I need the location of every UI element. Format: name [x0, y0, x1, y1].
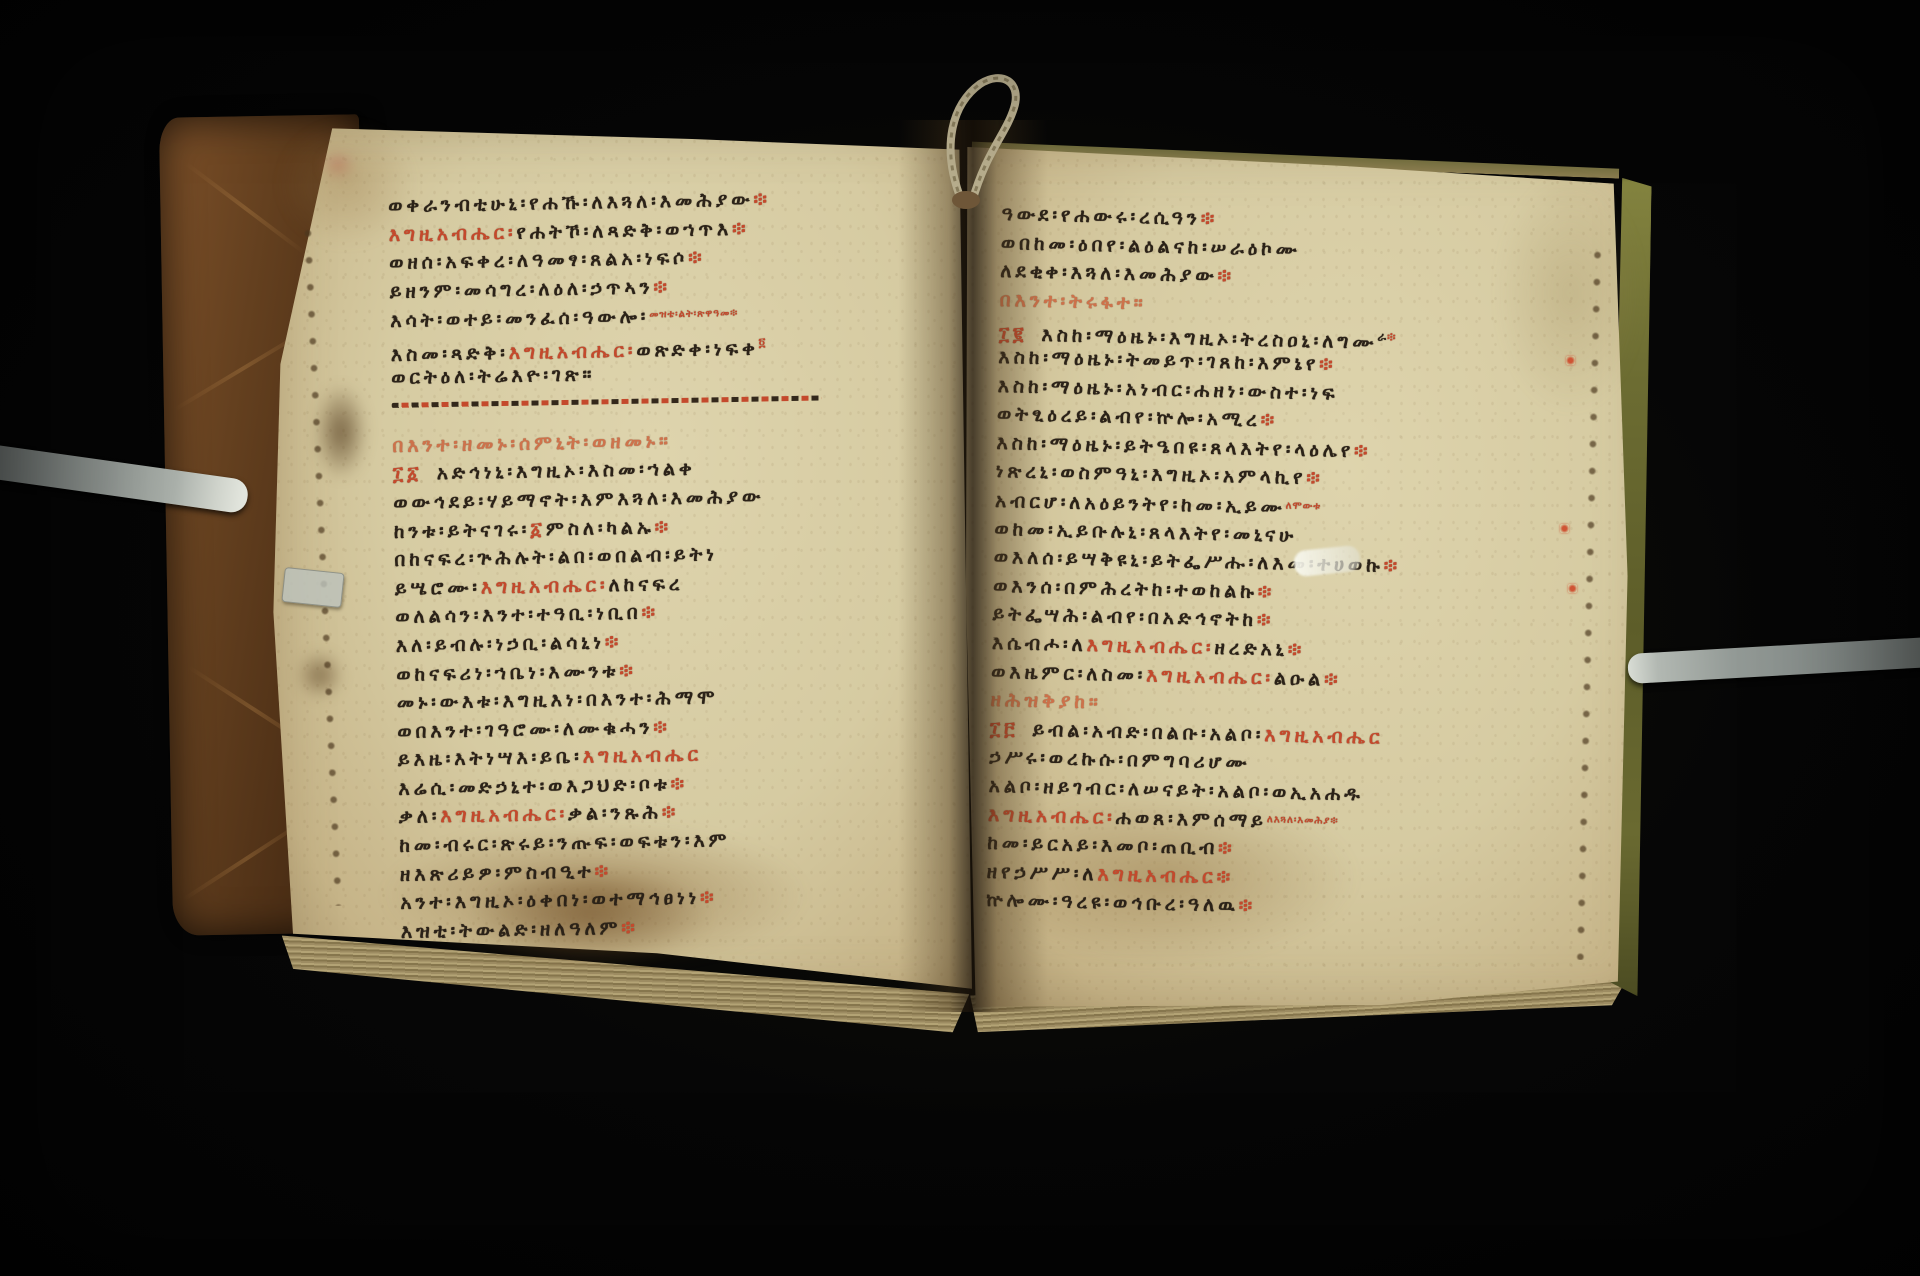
text-segment: በከናፍረ፡ጕሕሉት፡ልበ፡ወበልብ፡ይትነ: [394, 543, 718, 571]
text-segment: ፨: [1201, 208, 1219, 230]
text-segment: እስከ፡ማዕዜኑ፡አነብር፡ሐዘነ፡ውስተ፡ነፍ: [998, 375, 1339, 405]
text-segment: ዘሕዝቅያከ።: [990, 689, 1102, 714]
text-segment: ወቀራንብቲሁኒ፡የሐኹ፡ለእጓለ፡እመሕያው: [388, 189, 754, 217]
text-segment: ፩: [530, 518, 546, 540]
text-segment: ፨: [1258, 581, 1276, 603]
text-segment: እሬሲ፡መድኃኒተ፡ወእጋህድ፡ቦቱ: [398, 773, 671, 800]
text-segment: ኃሥሩ፡ወረኩሱ፡በምግባሪሆሙ: [989, 746, 1251, 774]
text-segment: በእንተ፡ዘመኑ፡ሰምኒት፡ወዘመኑ።: [392, 430, 672, 457]
text-segment: አንተ፡እግዚኦ፡ዕቀበነ፡ወተማኅፀነነ: [400, 887, 700, 914]
text-segment: ለእጓለ፡እመሕያ፨: [1267, 815, 1339, 828]
text-segment: ፨: [1217, 265, 1235, 287]
text-segment: ፨: [641, 602, 659, 624]
text-segment: ነጽረኒ፡ወስምዓኒ፡እግዚኦ፡አምላኪየ: [996, 460, 1307, 489]
text-segment: ፨: [594, 860, 612, 882]
text-segment: ፨: [1354, 440, 1372, 462]
book-weight-strap-right: [1627, 637, 1920, 684]
text-segment: ፨: [619, 659, 637, 681]
text-segment: ቃለ፡: [399, 806, 441, 829]
text-segment: በእንተ፡ትሩፋተ።: [999, 289, 1146, 314]
text-segment: አድኅነኒ፡እግዚኦ፡እስመ፡ኀልቀ: [437, 458, 696, 485]
binding-cord: [900, 52, 1050, 212]
text-segment: እግዚአብሔር፡: [481, 574, 609, 598]
text-segment: የሐትኾ፡ለጻድቅ፡ወኀጥእ: [516, 218, 732, 244]
text-segment: ከንቱ፡ይትናገሩ፡: [394, 518, 531, 542]
text-segment: ፨: [753, 188, 771, 210]
text-segment: ዘእጽሪይዎ፡ምስብዒተ: [400, 860, 595, 885]
text-segment: እስከ፡ማዕዜኑ፡ይትዔበዩ፡ጸላእትየ፡ላዕሌየ: [996, 432, 1354, 462]
text-segment: ፨: [1257, 609, 1275, 631]
text-segment: ኵሎሙ፡ዓረዩ፡ወኅቡረ፡ዓለዉ: [986, 889, 1239, 917]
text-segment: አብርሆ፡ለአዕይንትየ፡ከመ፡ኢይሙ: [995, 490, 1286, 519]
text-segment: ፨: [732, 217, 750, 239]
text-segment: እሴብሖ፡ለ: [992, 632, 1087, 656]
text-segment: ወእዜምር፡ለስመ፡: [991, 660, 1146, 686]
text-segment: ከመ፡ይርአይ፡እመቦ፡ጠቢብ: [987, 832, 1218, 859]
text-segment: መዝቴ፡ልት፡ጽዋዓመ፨: [649, 308, 738, 321]
text-segment: ለሞውቱ: [1286, 500, 1322, 512]
cord-knot: [952, 191, 980, 209]
text-segment: ፨: [1306, 467, 1324, 489]
text-segment: እዝቲ፡ትውልድ፡ዘለዓለም: [401, 917, 622, 943]
red-margin-mark: [1560, 524, 1569, 533]
right-page-text-column: ዓውደ፡የሐውሩ፡ረሲዓን፨ወበከመ፡ዕበየ፡ልዕልናከ፡ሠራዕኮሙለደቂቀ፡እ…: [986, 200, 1562, 927]
text-segment: ወውኅደይ፡ሃይማኖት፡እምእጓለ፡እመሕያው: [393, 485, 764, 513]
text-segment: ፲፩: [393, 463, 423, 486]
text-segment: ይእዜ፡እትነሣእ፡ይቤ፡: [398, 746, 583, 771]
text-segment: እለ፡ይብሉ፡ነኃቢ፡ልሳኒነ: [396, 631, 605, 657]
text-segment: ፨: [1319, 353, 1337, 375]
text-segment: ፬: [759, 335, 767, 349]
red-margin-mark: [1566, 356, 1575, 365]
text-segment: ፨: [653, 276, 671, 298]
text-segment: ዘረድአኒ: [1214, 637, 1288, 661]
text-segment: ወጽድቀ፡ነፍቀ: [636, 338, 759, 362]
divider-bar: [392, 396, 822, 409]
text-segment: ራ: [1377, 330, 1387, 344]
text-segment: ይዘንም፡መሳግረ፡ለዕለ፡ኃጥኣን: [390, 276, 654, 303]
text-segment: እሳት፡ወተይ፡መንፈሰ፡ዓውሎ፡: [390, 306, 649, 333]
text-segment: እግዚአብሔር፡: [440, 803, 568, 827]
text-segment: ለከናፍረ: [608, 573, 683, 596]
text-segment: ወከመ፡ኢይቡሉኒ፡ጸላእትየ፡መኒናሁ: [994, 517, 1297, 546]
text-segment: ሐወጸ፡እምሰማይ: [1115, 807, 1267, 832]
text-segment: እግዚአብሔር: [1097, 863, 1217, 888]
text-segment: ፨: [688, 247, 706, 269]
text-segment: ቃል፡ንጹሕ: [568, 802, 662, 826]
text-segment: ወበእንተ፡ገዓሮሙ፡ለሙቁሓን: [397, 716, 653, 742]
text-segment: ፨: [662, 801, 680, 823]
text-segment: እግዚአብሔር: [583, 744, 703, 768]
text-segment: ምስለ፡ካልኡ: [546, 516, 655, 540]
text-segment: ፨: [700, 887, 718, 909]
text-segment: እስከ፡ማዕዜኑ፡ትመይጥ፡ገጸከ፡እምኔየ: [998, 346, 1319, 375]
text-segment: ወለልሳን፡እንተ፡ተዓቢ፡ነቢበ: [395, 602, 642, 628]
text-segment: ፨: [653, 716, 671, 738]
text-segment: ፨: [1387, 330, 1397, 344]
text-segment: ዘየኃሥሥ፡ለ: [987, 860, 1098, 885]
text-segment: ወከናፍሪነ፡ኀቤነ፡እሙንቱ: [396, 660, 619, 686]
text-segment: ፲፫: [990, 718, 1019, 741]
text-segment: ፨: [1216, 866, 1234, 888]
text-segment: እግዚአብሔር: [1264, 724, 1384, 749]
text-segment: ፨: [1218, 837, 1236, 859]
text-segment: ወዘሰ፡አፍቀረ፡ለዓመፃ፡ጸልአ፡ነፍሶ: [389, 247, 688, 274]
text-segment: ወርትዕለ፡ትሬእዮ፡ገጽ።: [391, 363, 596, 389]
text-segment: ይብል፡አብድ፡በልቡ፡አልቦ፡: [1032, 719, 1264, 746]
text-segment: እግዚአብሔር፡: [1087, 634, 1215, 659]
text-segment: ፨: [621, 917, 639, 939]
text-segment: እግዚአብሔር፡: [389, 221, 517, 245]
text-segment: ፨: [1238, 895, 1256, 917]
text-segment: ወበከመ፡ዕበየ፡ልዕልናከ፡ሠራዕኮሙ: [1001, 232, 1301, 261]
text-segment: እግዚአብሔር፡: [988, 804, 1116, 829]
text-segment: ፨: [1384, 555, 1402, 577]
text-segment: ፨: [1260, 409, 1278, 431]
text-segment: ልዑል: [1274, 667, 1325, 690]
text-segment: መኑ፡ውእቱ፡እግዚእነ፡በእንተ፡ሕማሞ: [397, 686, 719, 714]
text-segment: ወእንሰ፡በምሕረትከ፡ተወከልኩ: [993, 575, 1258, 603]
text-segment: ወትፂዕረይ፡ልብየ፡ኵሎ፡አሚረ: [997, 403, 1261, 431]
text-segment: ፨: [605, 631, 623, 653]
left-page-text-column: ወቀራንብቲሁኒ፡የሐኹ፡ለእጓለ፡እመሕያው፨እግዚአብሔር፡የሐትኾ፡ለጻድ…: [388, 182, 981, 946]
text-segment: ይሤሮሙ፡: [395, 576, 481, 599]
text-segment: ፨: [670, 773, 688, 795]
page-holder-tab: [281, 567, 344, 608]
text-segment: ለደቂቀ፡እጓለ፡እመሕያው: [1000, 260, 1218, 287]
text-segment: ይትፌሣሕ፡ልብየ፡በአድኅኖትከ: [992, 603, 1257, 631]
red-margin-mark: [1568, 584, 1577, 593]
photo-background: ወቀራንብቲሁኒ፡የሐኹ፡ለእጓለ፡እመሕያው፨እግዚአብሔር፡የሐትኾ፡ለጻድ…: [0, 0, 1920, 1276]
text-segment: እግዚአብሔር፡: [1146, 664, 1274, 689]
text-segment: ፨: [1288, 639, 1306, 661]
text-segment: ፨: [1324, 668, 1342, 690]
text-segment: ከመ፡ብሩር፡ጽሩይ፡ንጡፍ፡ወፍቱን፡እም: [399, 829, 730, 857]
text-segment: ፨: [654, 516, 672, 538]
cover-crease: [184, 162, 306, 255]
